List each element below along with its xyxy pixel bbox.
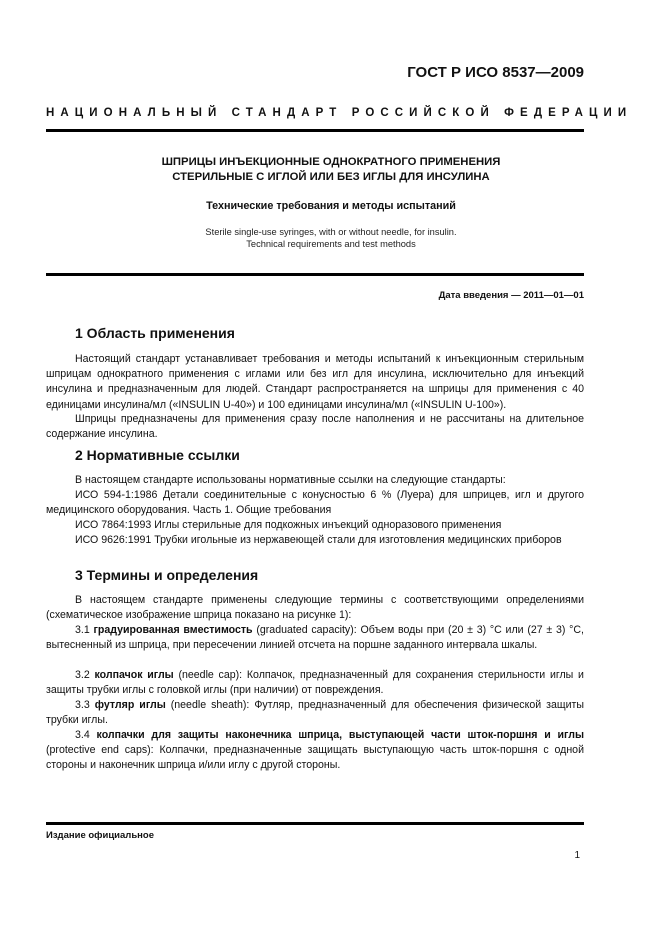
section-1-heading: 1 Область применения xyxy=(75,325,235,341)
english-title-2: Technical requirements and test methods xyxy=(46,238,616,251)
term-3-4-name: колпачки для защиты наконечника шприца, … xyxy=(97,729,584,741)
national-standard-banner: НАЦИОНАЛЬНЫЙ СТАНДАРТ РОССИЙСКОЙ ФЕДЕРАЦ… xyxy=(46,107,584,119)
term-3-3: 3.3 футляр иглы (needle sheath): Футляр,… xyxy=(46,698,584,728)
section-3-heading: 3 Термины и определения xyxy=(75,567,258,583)
section-2-paragraph-1: В настоящем стандарте использованы норма… xyxy=(46,473,584,488)
introduction-date: Дата введения — 2011—01—01 xyxy=(0,290,584,301)
title-line-1: ШПРИЦЫ ИНЪЕКЦИОННЫЕ ОДНОКРАТНОГО ПРИМЕНЕ… xyxy=(46,155,616,170)
section-2-heading: 2 Нормативные ссылки xyxy=(75,447,240,463)
title-rule xyxy=(46,273,584,276)
term-3-2-name: колпачок иглы xyxy=(94,669,173,681)
section-1-paragraph-1: Настоящий стандарт устанавливает требова… xyxy=(46,352,584,413)
footer-rule xyxy=(46,822,584,825)
term-3-3-name: футляр иглы xyxy=(95,699,166,711)
term-3-1: 3.1 градуированная вместимость (graduate… xyxy=(46,623,584,653)
official-edition-label: Издание официальное xyxy=(46,830,154,841)
reference-iso-594: ИСО 594-1:1986 Детали соединительные с к… xyxy=(46,488,584,518)
section-3-intro: В настоящем стандарте применены следующи… xyxy=(46,593,584,623)
term-3-4: 3.4 колпачки для защиты наконечника шпри… xyxy=(46,728,584,774)
subtitle: Технические требования и методы испытани… xyxy=(46,200,616,212)
title-line-2: СТЕРИЛЬНЫЕ С ИГЛОЙ ИЛИ БЕЗ ИГЛЫ ДЛЯ ИНСУ… xyxy=(46,170,616,185)
term-3-2: 3.2 колпачок иглы (needle cap): Колпачок… xyxy=(46,668,584,698)
reference-iso-7864: ИСО 7864:1993 Иглы стерильные для подкож… xyxy=(46,518,584,533)
page-number: 1 xyxy=(0,850,580,861)
header-rule xyxy=(46,129,584,132)
reference-iso-9626: ИСО 9626:1991 Трубки игольные из нержаве… xyxy=(46,533,584,548)
document-code: ГОСТ Р ИСО 8537—2009 xyxy=(0,64,584,81)
section-1-paragraph-2: Шприцы предназначены для применения сраз… xyxy=(46,412,584,442)
term-3-1-name: градуированная вместимость xyxy=(94,624,253,636)
